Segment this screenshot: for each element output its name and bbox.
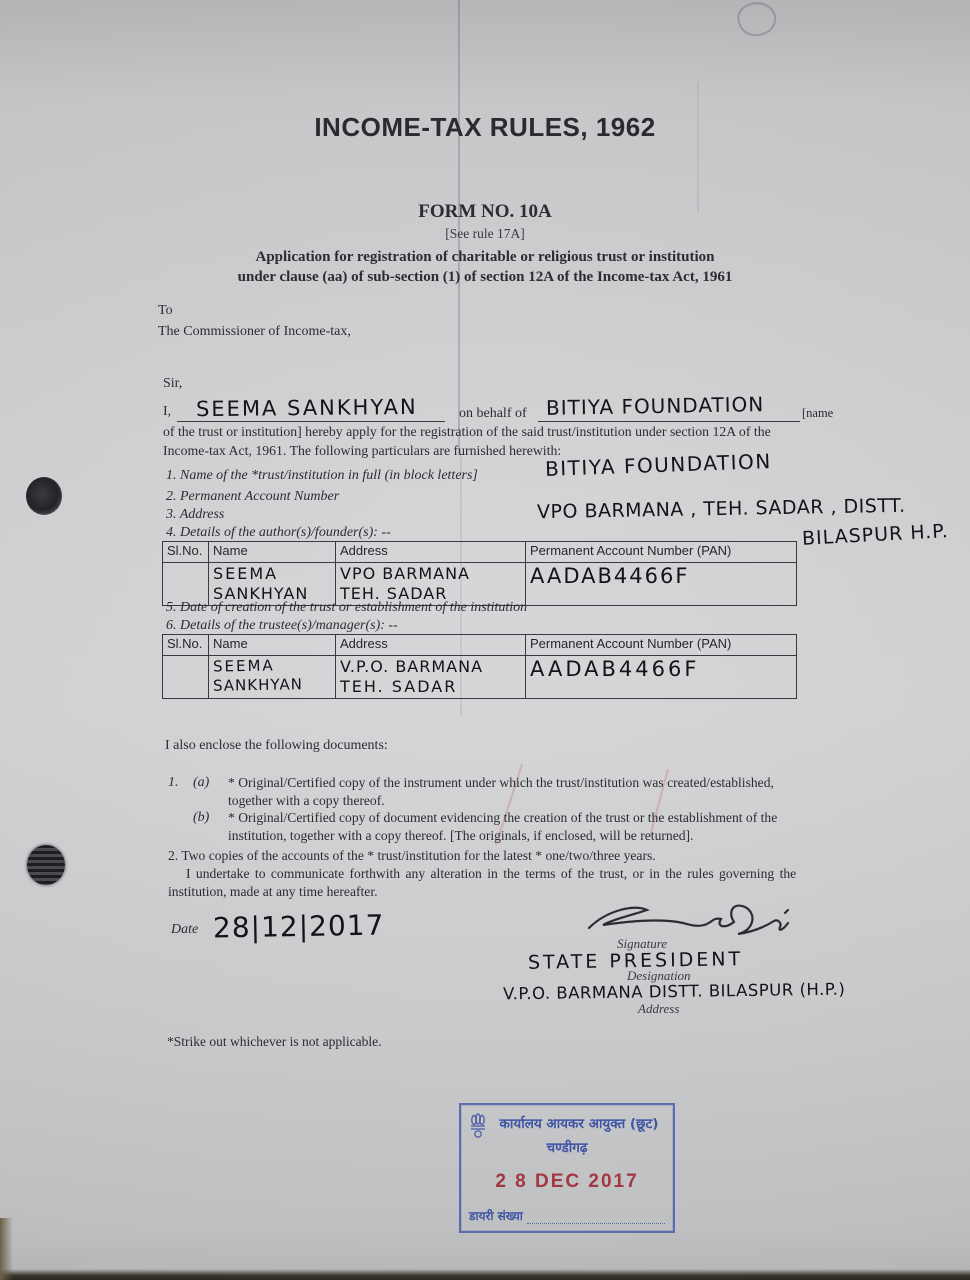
trustees-table: Sl.No. Name Address Permanent Account Nu… — [162, 634, 797, 699]
applicant-name-blank — [177, 421, 445, 422]
ashoka-emblem-icon — [468, 1112, 488, 1140]
enclosures-intro: I also enclose the following documents: — [165, 738, 388, 754]
trustees-cell-name: SEEMA SANKHYAN — [209, 656, 336, 699]
undertaking-line2: institution, made at any time hereafter. — [168, 884, 378, 900]
trustees-cell-slno — [163, 656, 209, 699]
form-subtitle-line2: under clause (aa) of sub-section (1) of … — [0, 269, 970, 286]
stamp-diary-row: डायरी संख्या — [469, 1207, 665, 1224]
founders-address-line1: VPO BARMANA — [340, 564, 470, 583]
trustees-header-name: Name — [209, 635, 336, 656]
rule-reference: [See rule 17A] — [0, 226, 970, 242]
item3-value-handwritten-line2: BILASPUR H.P. — [802, 520, 950, 550]
enclosure-1a-marker: (a) — [193, 775, 209, 791]
opening-line3: Income-tax Act, 1961. The following part… — [163, 443, 561, 459]
date-value-handwritten: 28|12|2017 — [213, 909, 385, 945]
item2-label: 2. Permanent Account Number — [166, 489, 339, 505]
item4-label: 4. Details of the author(s)/founder(s): … — [166, 525, 391, 541]
org-name-blank — [538, 421, 800, 422]
signer-address-label: Address — [638, 1001, 679, 1017]
founders-header-name: Name — [209, 542, 336, 563]
strike-out-footnote: *Strike out whichever is not applicable. — [167, 1034, 381, 1050]
trustees-header-address: Address — [336, 635, 526, 656]
enclosure-2: 2. Two copies of the accounts of the * t… — [168, 848, 656, 864]
form-subtitle-line1: Application for registration of charitab… — [0, 249, 970, 266]
item5-label: 5. Date of creation of the trust or esta… — [166, 600, 527, 616]
vertical-crease-right — [697, 82, 699, 212]
founders-header-slno: Sl.No. — [163, 542, 209, 563]
founders-cell-pan: AADAB4466F — [526, 563, 797, 606]
item1-label: 1. Name of the *trust/institution in ful… — [166, 468, 478, 484]
founders-header-address: Address — [336, 542, 526, 563]
founders-header-pan: Permanent Account Number (PAN) — [526, 542, 797, 563]
applicant-name-handwritten: SEEMA SANKHYAN — [196, 395, 418, 421]
enclosure-1-number: 1. — [168, 775, 179, 791]
trustees-pan-value: AADAB4466F — [530, 657, 699, 681]
trustees-cell-pan: AADAB4466F — [526, 656, 797, 699]
trustees-header-slno: Sl.No. — [163, 635, 209, 656]
trustees-name-line1: SEEMA — [213, 656, 275, 675]
enclosure-1b-line1: * Original/Certified copy of document ev… — [228, 810, 777, 826]
trustees-name-line2: SANKHYAN — [213, 675, 303, 695]
undertaking-line1: I undertake to communicate forthwith any… — [186, 866, 796, 882]
salutation: Sir, — [163, 376, 182, 392]
on-behalf-of-label: on behalf of — [459, 406, 527, 422]
date-label: Date — [171, 922, 198, 938]
scanned-form-page: INCOME-TAX RULES, 1962 FORM NO. 10A [See… — [0, 0, 970, 1280]
stamp-diary-dotted-line — [527, 1223, 665, 1224]
item6-label: 6. Details of the trustee(s)/manager(s):… — [166, 618, 398, 634]
ink-seal-top — [26, 477, 62, 515]
enclosure-1a-line1: * Original/Certified copy of the instrum… — [228, 775, 774, 791]
founders-name-line1: SEEMA — [213, 564, 278, 583]
item3-value-handwritten-line1: VPO BARMANA , TEH. SADAR , DISTT. — [537, 495, 906, 523]
enclosure-1b-line2: institution, together with a copy thereo… — [228, 828, 693, 844]
enclosure-1b-marker: (b) — [193, 810, 209, 826]
page-title: INCOME-TAX RULES, 1962 — [0, 112, 970, 143]
to-label: To — [158, 303, 173, 319]
ink-doodle — [734, 0, 781, 41]
enclosure-1a-line2: together with a copy thereof. — [228, 793, 385, 809]
addressee-line: The Commissioner of Income-tax, — [158, 324, 351, 340]
office-receipt-stamp: कार्यालय आयकर आयुक्त (छूट) चण्डीगढ़ 2 8 … — [459, 1103, 675, 1233]
form-number: FORM NO. 10A — [0, 201, 970, 223]
i-label: I, — [163, 404, 171, 420]
founders-pan-value: AADAB4466F — [530, 564, 689, 588]
signer-address-handwritten: V.P.O. BARMANA DISTT. BILASPUR (H.P.) — [503, 980, 846, 1004]
stamp-diary-label: डायरी संख्या — [469, 1207, 523, 1224]
trustees-address-line2: TEH. SADAR — [340, 677, 457, 696]
name-bracket: [name — [802, 406, 833, 421]
stamp-office-line2: चण्डीगढ़ — [461, 1138, 673, 1156]
stamp-office-line1: कार्यालय आयकर आयुक्त (छूट) — [491, 1114, 667, 1132]
stamp-received-date: 2 8 DEC 2017 — [461, 1171, 673, 1193]
item3-label: 3. Address — [166, 507, 224, 523]
photo-edge-bottom — [0, 1269, 970, 1280]
trustees-cell-address: V.P.O. BARMANA TEH. SADAR — [336, 656, 526, 699]
trustees-header-pan: Permanent Account Number (PAN) — [526, 635, 797, 656]
opening-line2: of the trust or institution] hereby appl… — [163, 424, 771, 440]
founders-table: Sl.No. Name Address Permanent Account Nu… — [162, 541, 797, 606]
trustees-address-line1: V.P.O. BARMANA — [340, 657, 483, 676]
item1-value-handwritten: BITIYA FOUNDATION — [545, 449, 772, 481]
photo-edge-corner — [0, 1218, 13, 1280]
ink-seal-bottom — [27, 845, 65, 885]
org-name-handwritten: BITIYA FOUNDATION — [546, 392, 765, 420]
